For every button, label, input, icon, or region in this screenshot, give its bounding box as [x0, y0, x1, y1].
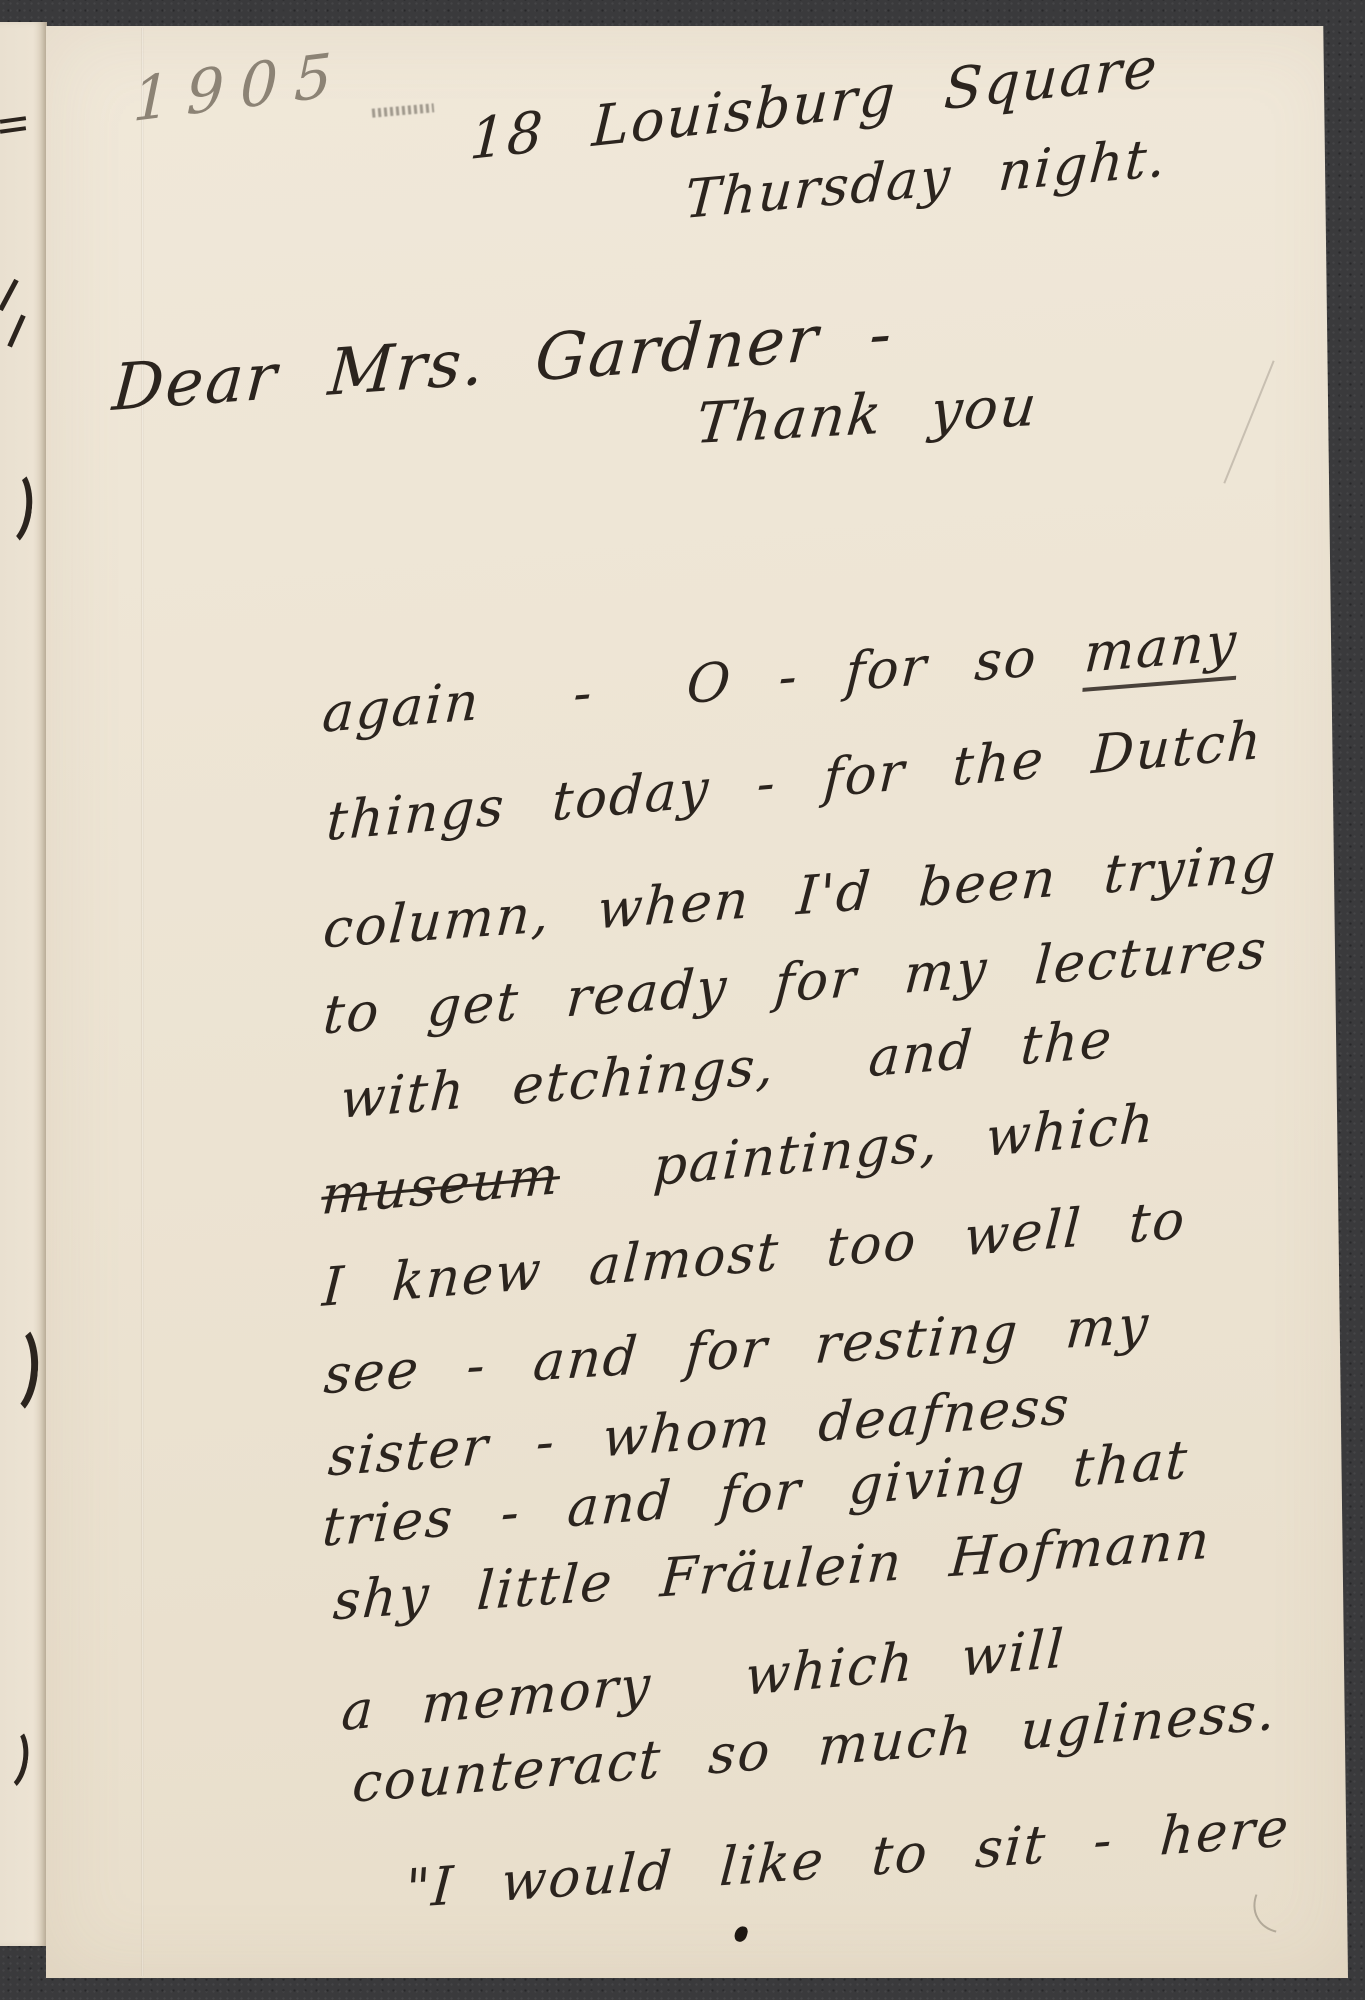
- letter-text-segment: "I would like to sit - here: [403, 1797, 1292, 1920]
- facing-page-edge: [0, 22, 47, 1946]
- letter-scan: 1905 18 Louisburg Square Thursday night.…: [0, 0, 1365, 2000]
- edge-ink-mark: [0, 116, 26, 124]
- edge-ink-mark: [0, 126, 26, 134]
- edge-ink-mark: [0, 1318, 41, 1420]
- edge-ink-mark: [0, 1722, 33, 1795]
- edge-ink-mark: [0, 279, 19, 311]
- edge-ink-mark: [0, 464, 36, 550]
- edge-ink-mark: [7, 314, 25, 347]
